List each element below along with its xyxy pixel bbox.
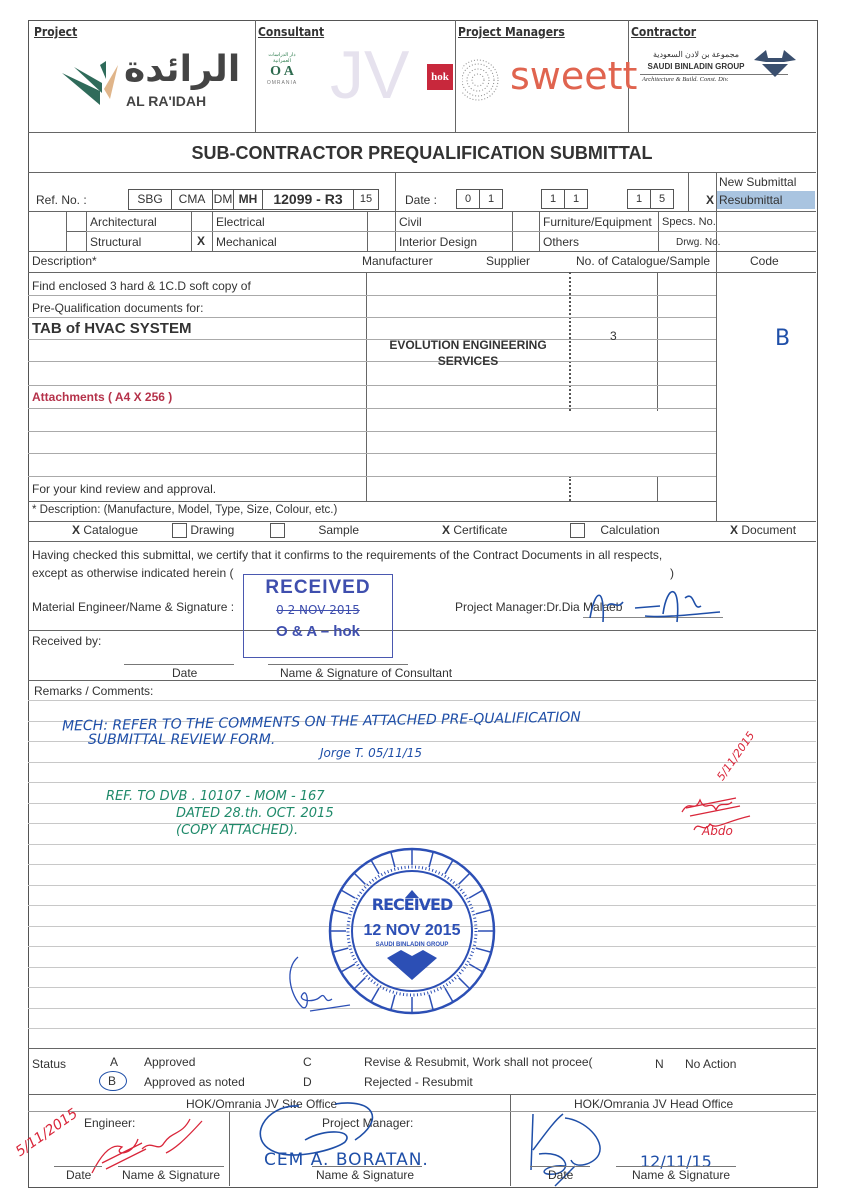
round-stamp-text: RECEIVED 12 NOV 2015 SAUDI BINLADIN GROU…	[347, 895, 477, 948]
status-c-code: C	[303, 1055, 312, 1069]
material-engineer-label: Material Engineer/Name & Signature :	[32, 600, 234, 614]
ref-number-boxes: SBG CMA DM MH 12099 - R3 15	[128, 189, 379, 210]
description-note: * Description: (Manufacture, Model, Type…	[32, 504, 337, 516]
date-label: Date :	[405, 193, 437, 207]
col-code: Code	[750, 254, 779, 268]
form-title: SUB-CONTRACTOR PREQUALIFICATION SUBMITTA…	[28, 143, 816, 164]
sweett-logo: sweett	[462, 58, 622, 102]
col-manufacturer: Manufacturer	[362, 254, 433, 268]
mechanical-mark: X	[197, 234, 205, 248]
col-supplier: Supplier	[486, 254, 530, 268]
new-submittal-option[interactable]: New Submittal	[719, 175, 796, 189]
al-raidah-chevron-icon	[60, 59, 120, 109]
ref-note-line-3: (COPY ATTACHED).	[176, 823, 298, 838]
discipline-structural[interactable]: Structural	[90, 235, 141, 249]
head-office-sig-label: Name & Signature	[632, 1168, 730, 1182]
jv-watermark: JV	[330, 36, 409, 114]
resubmittal-option[interactable]: Resubmittal	[717, 191, 815, 209]
discipline-electrical[interactable]: Electrical	[216, 215, 265, 229]
catalogue-count: 3	[610, 329, 617, 343]
enclosure-certificate[interactable]: X Certificate	[442, 523, 507, 537]
enclosure-drawing[interactable]: Drawing	[172, 523, 234, 538]
status-b-code: B	[108, 1074, 116, 1088]
discipline-civil[interactable]: Civil	[399, 215, 422, 229]
enclosure-document[interactable]: X Document	[730, 523, 796, 537]
consultant-logo: دار الدراسات العمرانية O A OMRANIA	[262, 52, 302, 92]
status-d-label[interactable]: Rejected - Resubmit	[364, 1075, 473, 1089]
status-a-code: A	[110, 1055, 118, 1069]
site-engineer-date-label: Date	[66, 1168, 91, 1182]
date-day: 0 1	[456, 189, 503, 209]
certify-line-1: Having checked this submittal, we certif…	[32, 548, 662, 562]
attachments-note: Attachments ( A4 X 256 )	[32, 390, 172, 404]
project-logo: الرائدة AL RA'IDAH	[60, 55, 240, 115]
consultant-signature-label: Name & Signature of Consultant	[280, 666, 452, 680]
sample-checkbox[interactable]	[270, 523, 285, 538]
certify-line-2: except as otherwise indicated herein (	[32, 566, 233, 580]
status-n-code: N	[655, 1057, 664, 1071]
ref-note-line-2: DATED 28.th. OCT. 2015	[176, 806, 334, 821]
status-label: Status	[32, 1057, 66, 1071]
manufacturer-name: EVOLUTION ENGINEERING SERVICES	[368, 337, 568, 369]
hok-logo: hok	[427, 64, 453, 90]
status-n-label[interactable]: No Action	[685, 1057, 736, 1071]
status-b-label[interactable]: Approved as noted	[144, 1075, 245, 1089]
project-logo-latin: AL RA'IDAH	[126, 93, 206, 109]
calculation-checkbox[interactable]	[570, 523, 585, 538]
site-pm-sig-label: Name & Signature	[316, 1168, 414, 1182]
status-a-label[interactable]: Approved	[144, 1055, 195, 1069]
body-line-1: Find enclosed 3 hard & 1C.D soft copy of	[32, 279, 251, 293]
site-engineer-sig-label: Name & Signature	[122, 1168, 220, 1182]
resubmittal-mark: X	[706, 193, 714, 207]
remarks-label: Remarks / Comments:	[34, 684, 153, 698]
closing-line: For your kind review and approval.	[32, 482, 216, 496]
red-review-name: Abdo	[702, 824, 733, 838]
body-line-2: Pre-Qualification documents for:	[32, 301, 203, 315]
received-stamp-rect: RECEIVED 0 2 NOV 2015 O & A – hok	[243, 574, 393, 658]
specs-no-label: Specs. No.	[662, 216, 716, 228]
mech-comment-signature: Jorge T. 05/11/15	[320, 746, 422, 760]
discipline-mechanical[interactable]: Mechanical	[216, 235, 277, 249]
head-office-date-label: Date	[548, 1168, 573, 1182]
site-pm-name-hand: CEM A. BORATAN.	[264, 1150, 429, 1170]
project-label: Project	[34, 25, 77, 39]
enclosure-calculation[interactable]: Calculation	[570, 523, 660, 538]
mech-comment-line-2: SUBMITTAL REVIEW FORM.	[88, 732, 275, 748]
enclosure-catalogue[interactable]: X Catalogue	[72, 523, 138, 537]
col-catalogue: No. of Catalogue/Sample	[576, 254, 710, 268]
status-c-label[interactable]: Revise & Resubmit, Work shall not procee…	[364, 1055, 593, 1069]
received-date-label: Date	[172, 666, 197, 680]
pm-signature-scribble	[585, 578, 725, 628]
date-month: 1 1	[541, 189, 588, 209]
head-office-label: HOK/Omrania JV Head Office	[574, 1097, 733, 1111]
stamp-overlap-signature	[280, 955, 360, 1015]
col-description: Description*	[32, 254, 97, 268]
binladin-emblem-icon	[754, 48, 796, 78]
project-logo-arabic: الرائدة	[124, 49, 240, 90]
contractor-label: Contractor	[631, 25, 696, 39]
drawing-checkbox[interactable]	[172, 523, 187, 538]
contractor-logo: مجموعة بن لادن السعودية SAUDI BINLADIN G…	[636, 50, 816, 100]
code-value: B	[775, 326, 790, 351]
sweett-swirl-icon	[462, 58, 506, 102]
consultant-label: Consultant	[258, 25, 324, 39]
drwg-no-label: Drwg. No.	[676, 237, 720, 248]
enclosure-sample[interactable]: Sample	[270, 523, 359, 538]
discipline-others[interactable]: Others	[543, 235, 579, 249]
discipline-interior[interactable]: Interior Design	[399, 235, 477, 249]
ref-label: Ref. No. :	[36, 193, 87, 207]
project-managers-label: Project Managers	[458, 25, 565, 39]
received-by-label: Received by:	[32, 634, 101, 648]
ref-note-line-1: REF. TO DVB . 10107 - MOM - 167	[106, 789, 325, 804]
status-d-code: D	[303, 1075, 312, 1089]
date-year: 1 5	[627, 189, 674, 209]
submittal-item: TAB of HVAC SYSTEM	[32, 320, 191, 337]
discipline-furniture[interactable]: Furniture/Equipment	[543, 215, 652, 229]
discipline-architectural[interactable]: Architectural	[90, 215, 157, 229]
